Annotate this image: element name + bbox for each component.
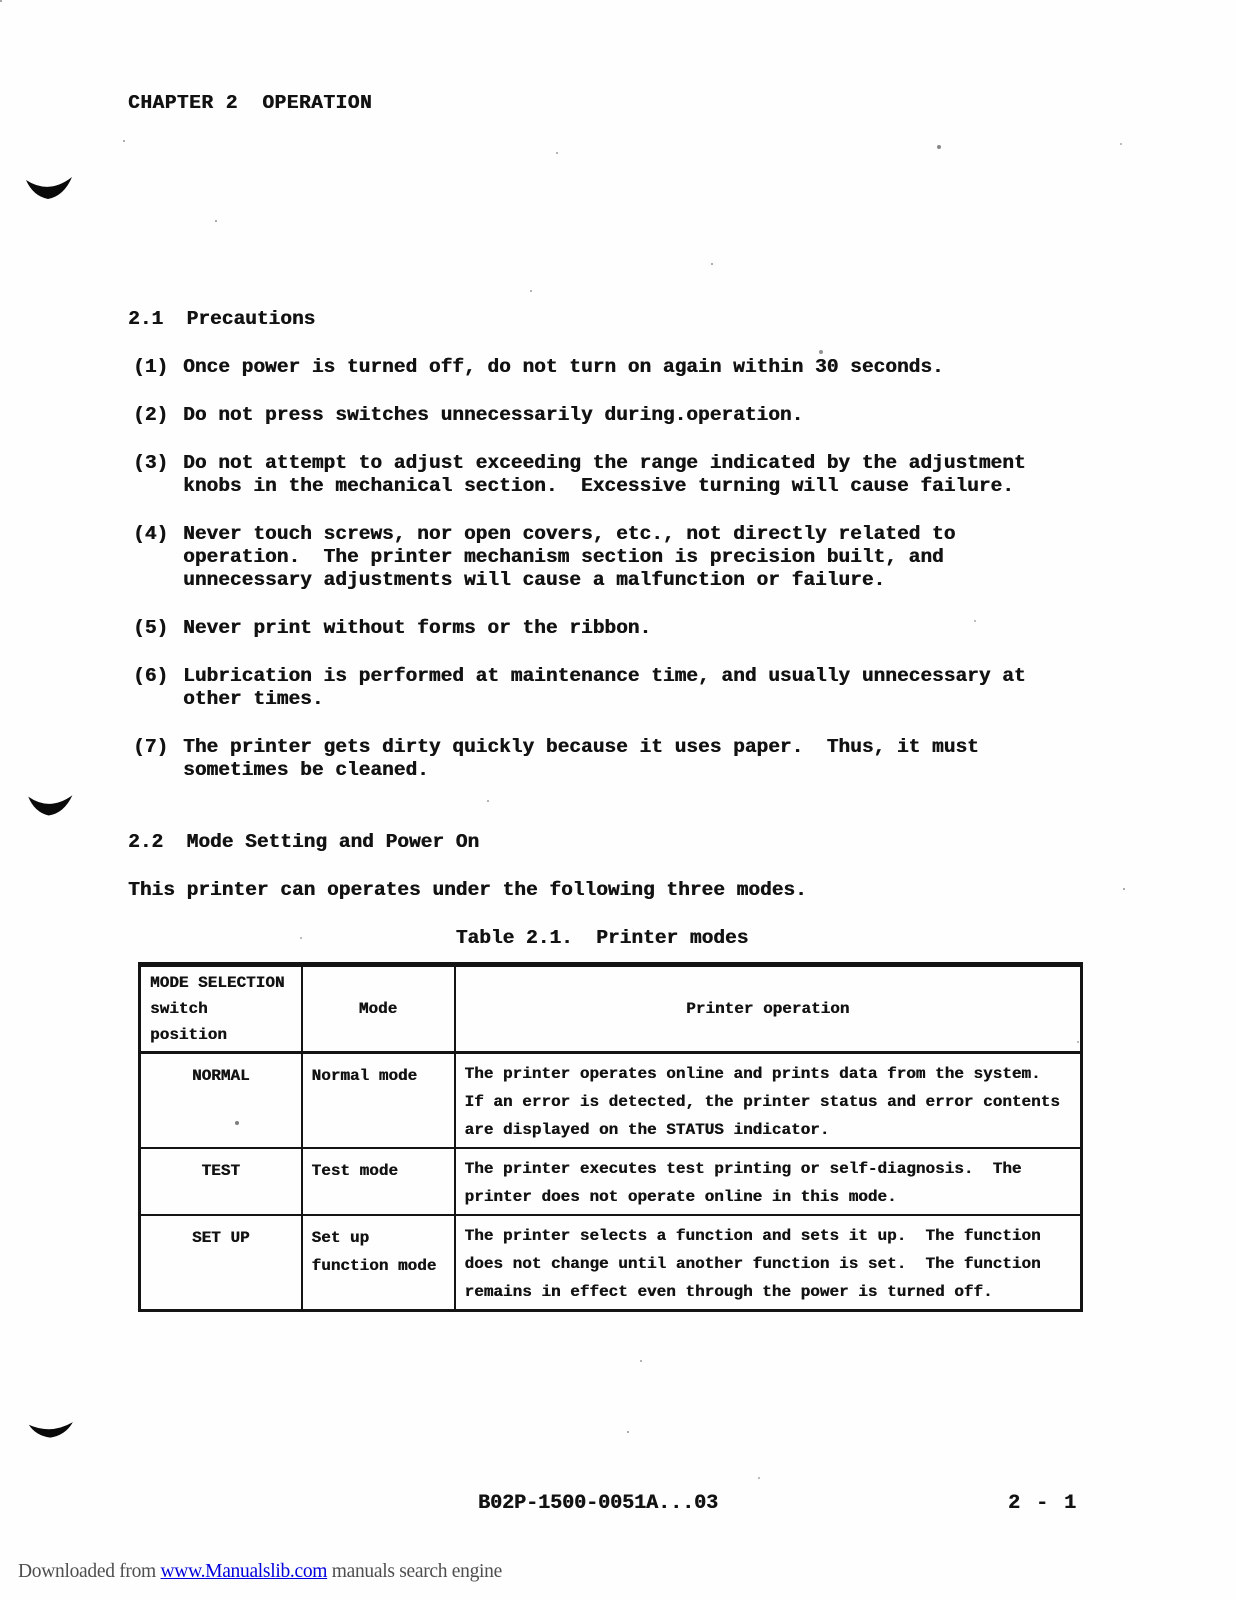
cell-mode: Set up function mode — [302, 1215, 455, 1311]
printer-modes-table: MODE SELECTION switch position Mode Prin… — [138, 962, 1083, 1312]
list-item-number: (2) — [133, 404, 183, 427]
col-header-mode: Mode — [302, 965, 455, 1053]
cell-switch-position: NORMAL — [140, 1053, 302, 1149]
watermark-prefix: Downloaded from — [18, 1561, 161, 1582]
cell-printer-operation: The printer selects a function and sets … — [455, 1215, 1082, 1311]
page-body: 2.1 Precautions (1) Once power is turned… — [128, 308, 1076, 1312]
table-row-setup: SET UP Set up function mode The printer … — [140, 1215, 1082, 1311]
list-item: (3) Do not attempt to adjust exceeding t… — [128, 452, 1076, 498]
list-item: (4) Never touch screws, nor open covers,… — [128, 523, 1076, 592]
list-item-number: (7) — [133, 736, 183, 782]
ink-smudge — [28, 1420, 74, 1441]
list-item-text: Once power is turned off, do not turn on… — [183, 356, 944, 379]
cell-switch-position: TEST — [140, 1148, 302, 1215]
col-header-switch-position: MODE SELECTION switch position — [140, 965, 302, 1053]
section-heading-mode-setting: 2.2 Mode Setting and Power On — [128, 831, 1076, 854]
list-item: (2) Do not press switches unnecessarily … — [128, 404, 1076, 427]
list-item-text: Never touch screws, nor open covers, etc… — [183, 523, 955, 592]
manualslib-watermark: Downloaded from www.Manualslib.com manua… — [18, 1561, 502, 1583]
manualslib-link[interactable]: www.Manualslib.com — [161, 1561, 328, 1582]
watermark-suffix: manuals search engine — [327, 1561, 502, 1582]
table-caption: Table 2.1. Printer modes — [128, 927, 1076, 950]
list-item-text: Never print without forms or the ribbon. — [183, 617, 651, 640]
cell-printer-operation: The printer executes test printing or se… — [455, 1148, 1082, 1215]
list-item: (5) Never print without forms or the rib… — [128, 617, 1076, 640]
list-item: (1) Once power is turned off, do not tur… — [128, 356, 1076, 379]
cell-mode: Test mode — [302, 1148, 455, 1215]
footer-document-code: B02P-1500-0051A...03 — [478, 1492, 718, 1515]
col-header-printer-operation: Printer operation — [455, 965, 1082, 1053]
cell-printer-operation: The printer operates online and prints d… — [455, 1053, 1082, 1149]
mode-setting-intro: This printer can operates under the foll… — [128, 879, 1076, 902]
chapter-heading: CHAPTER 2 OPERATION — [128, 92, 372, 114]
table-row-normal: NORMAL Normal mode The printer operates … — [140, 1053, 1082, 1149]
list-item-text: Do not press switches unnecessarily duri… — [183, 404, 803, 427]
list-item-text: Do not attempt to adjust exceeding the r… — [183, 452, 1026, 498]
cell-mode: Normal mode — [302, 1053, 455, 1149]
scanned-manual-page: CHAPTER 2 OPERATION 2.1 Precautions (1) … — [0, 0, 1237, 1600]
footer-page-number: 2 - 1 — [1008, 1492, 1078, 1515]
list-item-text: The printer gets dirty quickly because i… — [183, 736, 979, 782]
list-item-text: Lubrication is performed at maintenance … — [183, 665, 1026, 711]
precautions-list: (1) Once power is turned off, do not tur… — [128, 356, 1076, 782]
list-item: (6) Lubrication is performed at maintena… — [128, 665, 1076, 711]
table-row-test: TEST Test mode The printer executes test… — [140, 1148, 1082, 1215]
ink-smudge — [25, 174, 73, 202]
list-item-number: (1) — [133, 356, 183, 379]
list-item-number: (6) — [133, 665, 183, 711]
section-heading-precautions: 2.1 Precautions — [128, 308, 1076, 331]
list-item: (7) The printer gets dirty quickly becau… — [128, 736, 1076, 782]
list-item-number: (5) — [133, 617, 183, 640]
table-header-row: MODE SELECTION switch position Mode Prin… — [140, 965, 1082, 1053]
cell-switch-position: SET UP — [140, 1215, 302, 1311]
list-item-number: (3) — [133, 452, 183, 498]
list-item-number: (4) — [133, 523, 183, 592]
scan-noise-specks — [0, 0, 2, 2]
ink-smudge — [27, 790, 74, 820]
